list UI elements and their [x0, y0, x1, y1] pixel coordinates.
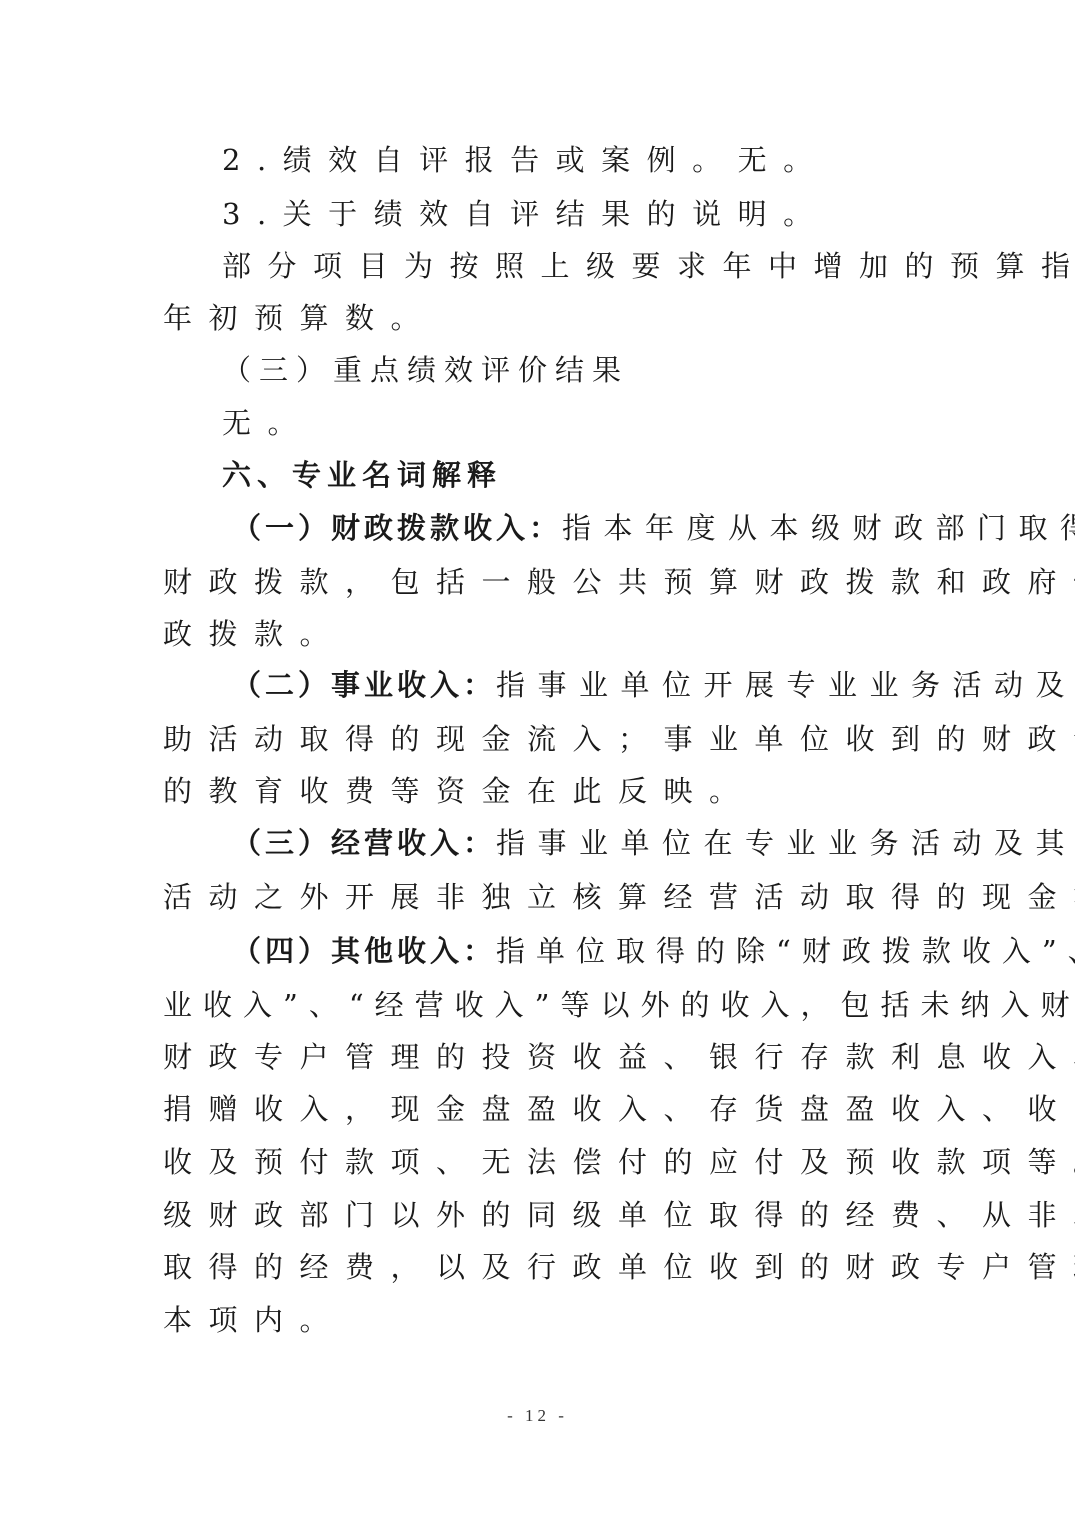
- term-label: （四）其他收入：: [232, 934, 496, 968]
- term-definition-line: 业收入”、“经营收入”等以外的收入，包括未纳入财政预算或: [163, 985, 923, 1025]
- term-fiscal-appropriation: （一）财政拨款收入：指本年度从本级财政部门取得的: [232, 508, 992, 548]
- term-label: （一）财政拨款收入：: [232, 511, 562, 545]
- term-operating-income: （三）经营收入：指事业单位在专业业务活动及其辅助: [232, 823, 992, 863]
- term-definition: 指事业单位开展专业业务活动及其辅: [496, 668, 1075, 702]
- term-definition: 指单位取得的除“财政拨款收入”、“事: [496, 934, 1075, 968]
- term-definition-line: 捐赠收入，现金盘盈收入、存货盘盈收入、收回已核销的应: [163, 1089, 923, 1129]
- item-2-self-evaluation-report: 2.绩效自评报告或案例。无。: [222, 140, 982, 180]
- paragraph-explanation: 部分项目为按照上级要求年中增加的预算指标，因此无: [222, 246, 982, 286]
- page-number: - 12 -: [0, 1406, 1075, 1426]
- term-definition-line: 的教育收费等资金在此反映。: [163, 771, 923, 811]
- subsection-heading-key-evaluation: （三）重点绩效评价结果: [222, 350, 982, 390]
- document-page: 2.绩效自评报告或案例。无。 3.关于绩效自评结果的说明。 部分项目为按照上级要…: [0, 0, 1075, 1520]
- term-definition-line: 财政专户管理的投资收益、银行存款利息收入、租金收入、: [163, 1037, 923, 1077]
- term-definition-line: 活动之外开展非独立核算经营活动取得的现金流入。: [163, 877, 923, 917]
- paragraph-none: 无。: [222, 403, 982, 443]
- term-definition: 指本年度从本级财政部门取得的: [562, 511, 1075, 545]
- term-other-income: （四）其他收入：指单位取得的除“财政拨款收入”、“事: [232, 931, 992, 971]
- paragraph-explanation-cont: 年初预算数。: [163, 298, 923, 338]
- term-definition-line: 助活动取得的现金流入；事业单位收到的财政专户实际核拨: [163, 719, 923, 759]
- item-3-self-evaluation-explanation: 3.关于绩效自评结果的说明。: [222, 194, 982, 234]
- term-definition-line: 收及预付款项、无法偿付的应付及预收款项等。各单位从本: [163, 1142, 923, 1182]
- term-label: （三）经营收入：: [232, 826, 496, 860]
- term-definition-line: 财政拨款，包括一般公共预算财政拨款和政府性基金预算财: [163, 562, 923, 602]
- term-definition-line: 本项内。: [163, 1300, 923, 1340]
- term-label: （二）事业收入：: [232, 668, 496, 702]
- term-definition-line: 取得的经费，以及行政单位收到的财政专户管理资金反映在: [163, 1247, 923, 1287]
- section-heading-glossary: 六、专业名词解释: [222, 455, 982, 495]
- term-definition: 指事业单位在专业业务活动及其辅助: [496, 826, 1075, 860]
- term-business-income: （二）事业收入：指事业单位开展专业业务活动及其辅: [232, 665, 992, 705]
- term-definition-line: 政拨款。: [163, 614, 923, 654]
- term-definition-line: 级财政部门以外的同级单位取得的经费、从非本级财政部门: [163, 1195, 923, 1235]
